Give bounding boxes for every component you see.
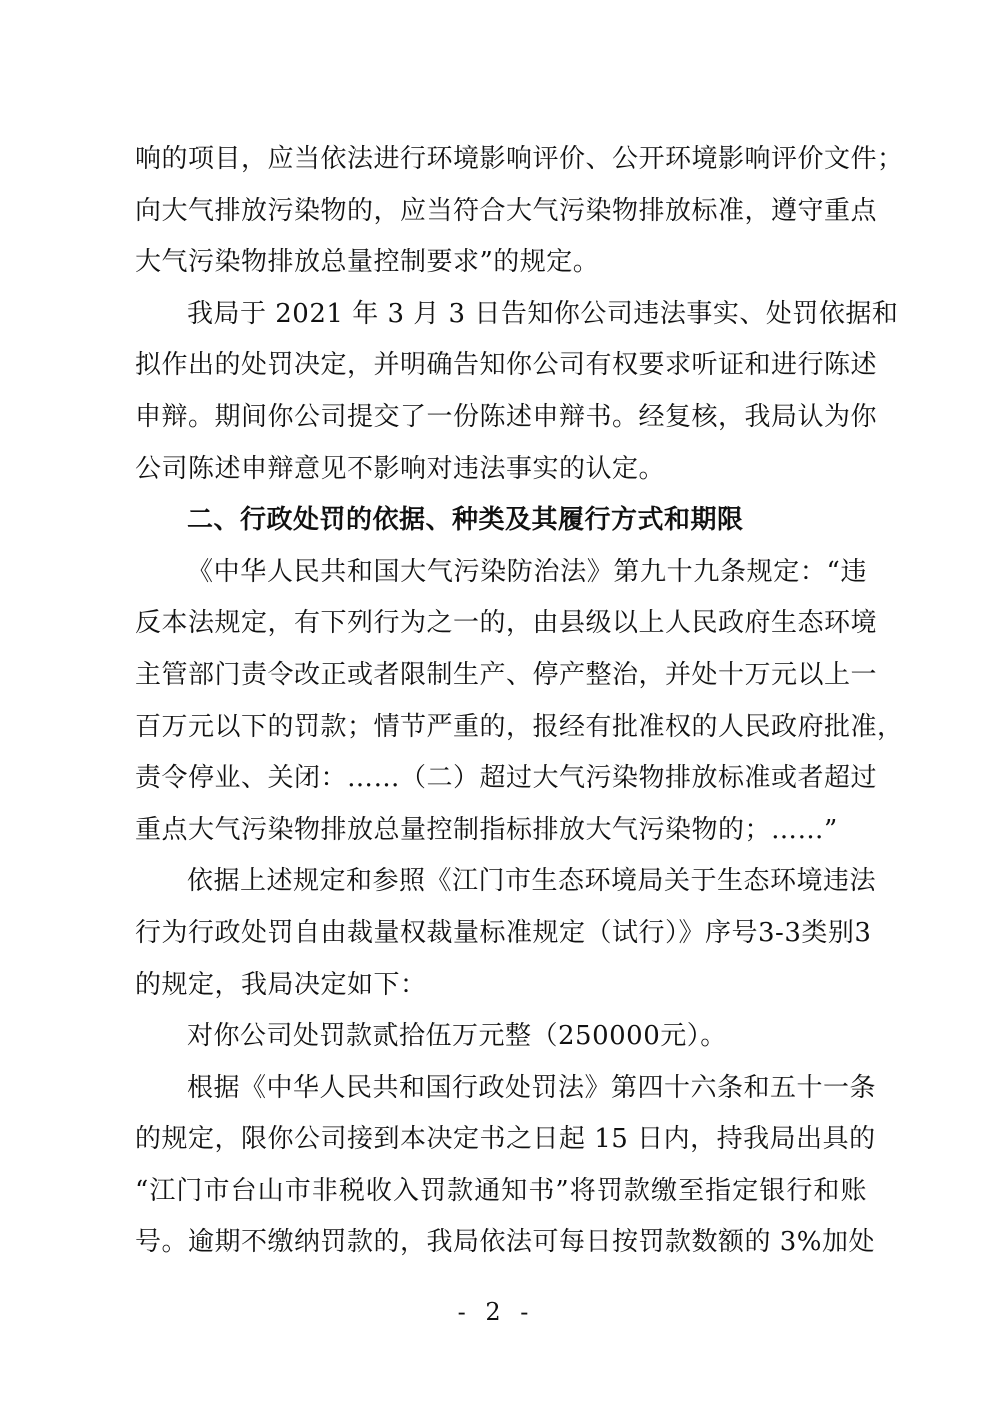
text-line: 《中华人民共和国大气污染防治法》第九十九条规定：“违 [135,547,867,599]
text-line: 号。逾期不缴纳罚款的，我局依法可每日按罚款数额的 3%加处 [135,1217,867,1269]
text-line: 的规定，我局决定如下： [135,960,867,1012]
text-line: 响的项目，应当依法进行环境影响评价、公开环境影响评价文件； [135,134,867,186]
text-line: 公司陈述申辩意见不影响对违法事实的认定。 [135,444,867,496]
text-line: 重点大气污染物排放总量控制指标排放大气污染物的；……” [135,805,867,857]
section-heading: 二、行政处罚的依据、种类及其履行方式和期限 [135,495,867,547]
text-line: 反本法规定，有下列行为之一的，由县级以上人民政府生态环境 [135,598,867,650]
text-line: 百万元以下的罚款；情节严重的，报经有批准权的人民政府批准， [135,702,867,754]
text-line: 责令停业、关闭：……（二）超过大气污染物排放标准或者超过 [135,753,867,805]
text-line: 大气污染物排放总量控制要求”的规定。 [135,237,867,289]
text-line: 向大气排放污染物的，应当符合大气污染物排放标准，遵守重点 [135,186,867,238]
text-line: 申辩。期间你公司提交了一份陈述申辩书。经复核，我局认为你 [135,392,867,444]
text-line: 行为行政处罚自由裁量权裁量标准规定（试行）》序号3-3类别3 [135,908,867,960]
document-page: 响的项目，应当依法进行环境影响评价、公开环境影响评价文件； 向大气排放污染物的，… [0,0,992,1403]
text-line: 拟作出的处罚决定，并明确告知你公司有权要求听证和进行陈述 [135,340,867,392]
penalty-decision-line: 对你公司处罚款贰拾伍万元整（250000元）。 [135,1011,867,1063]
text-line: “江门市台山市非税收入罚款通知书”将罚款缴至指定银行和账 [135,1166,867,1218]
text-line: 依据上述规定和参照《江门市生态环境局关于生态环境违法 [135,856,867,908]
text-line: 的规定，限你公司接到本决定书之日起 15 日内，持我局出具的 [135,1114,867,1166]
text-line: 主管部门责令改正或者限制生产、停产整治，并处十万元以上一 [135,650,867,702]
text-line: 我局于 2021 年 3 月 3 日告知你公司违法事实、处罚依据和 [135,289,867,341]
document-body: 响的项目，应当依法进行环境影响评价、公开环境影响评价文件； 向大气排放污染物的，… [135,134,867,1269]
page-number: - 2 - [0,1292,992,1332]
text-line: 根据《中华人民共和国行政处罚法》第四十六条和五十一条 [135,1063,867,1115]
